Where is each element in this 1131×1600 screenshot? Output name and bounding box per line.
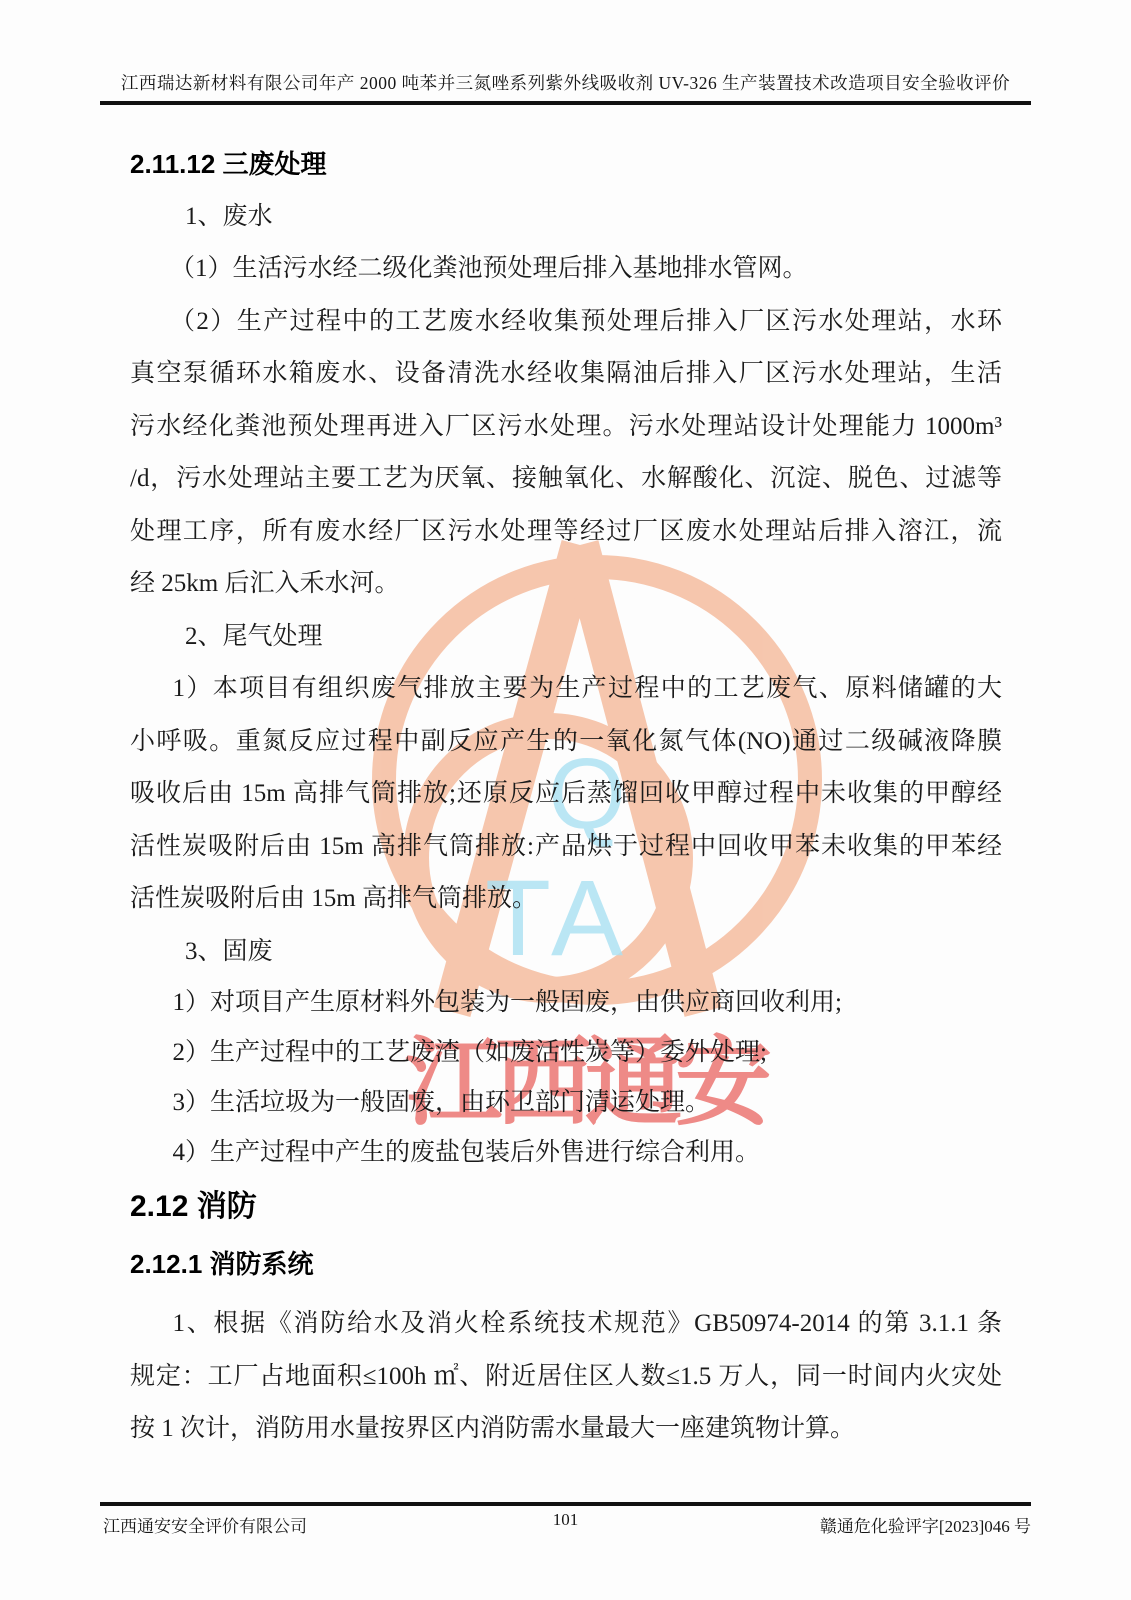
text-line: 3）生活垃圾为一般固废，由环卫部门清运处理。 [130, 1078, 1002, 1128]
text-line: 2、尾气处理 [130, 611, 1002, 664]
text-line: 按 1 次计，消防用水量按界区内消防需水量最大一座建筑物计算。 [130, 1403, 1002, 1456]
section-heading: 2.12 消防 [130, 1178, 1002, 1236]
text-line: 3、固废 [130, 926, 1002, 979]
footer-doc-number: 赣通危化验评字[2023]046 号 [820, 1512, 1031, 1537]
text-line: 2）生产过程中的工艺废渣（如废活性炭等）委外处理; [130, 1028, 1002, 1078]
text-line: （1）生活污水经二级化粪池预处理后排入基地排水管网。 [130, 243, 1002, 296]
text-line: 规定：工厂占地面积≤100h ㎡、附近居住区人数≤1.5 万人，同一时间内火灾处 [130, 1351, 1002, 1404]
text-line: 1）对项目产生原材料外包装为一般固废，由供应商回收利用; [130, 978, 1002, 1028]
text-line: 1、废水 [130, 191, 1002, 244]
text-line: 真空泵循环水箱废水、设备清洗水经收集隔油后排入厂区污水处理站，生活 [130, 348, 1002, 401]
header-title: 江西瑞达新材料有限公司年产 2000 吨苯并三氮唑系列紫外线吸收剂 UV-326… [0, 72, 1131, 94]
text-line: 活性炭吸附后由 15m 高排气筒排放。 [130, 873, 1002, 926]
section-heading: 2.11.12 三废处理 [130, 138, 1002, 191]
text-line: 活性炭吸附后由 15m 高排气筒排放:产品烘于过程中回收甲苯未收集的甲苯经 [130, 821, 1002, 874]
text-line: 4）生产过程中产生的废盐包装后外售进行综合利用。 [130, 1128, 1002, 1178]
document-body: 2.11.12 三废处理1、废水（1）生活污水经二级化粪池预处理后排入基地排水管… [130, 138, 1002, 1456]
footer-rule [100, 1502, 1031, 1506]
text-line: （2）生产过程中的工艺废水经收集预处理后排入厂区污水处理站，水环 [130, 296, 1002, 349]
section-heading: 2.12.1 消防系统 [130, 1236, 1002, 1292]
page: Q TA 江西通安 江西瑞达新材料有限公司年产 2000 吨苯并三氮唑系列紫外线… [0, 0, 1131, 1600]
text-line: 1、根据《消防给水及消火栓系统技术规范》GB50974-2014 的第 3.1.… [130, 1298, 1002, 1351]
text-line: /d，污水处理站主要工艺为厌氧、接触氧化、水解酸化、沉淀、脱色、过滤等 [130, 453, 1002, 506]
text-line: 污水经化粪池预处理再进入厂区污水处理。污水处理站设计处理能力 1000m³ [130, 401, 1002, 454]
text-line: 吸收后由 15m 高排气筒排放;还原反应后蒸馏回收甲醇过程中未收集的甲醇经 [130, 768, 1002, 821]
text-line: 1）本项目有组织废气排放主要为生产过程中的工艺废气、原料储罐的大 [130, 663, 1002, 716]
text-line: 处理工序，所有废水经厂区污水处理等经过厂区废水处理站后排入溶江，流 [130, 506, 1002, 559]
text-line: 经 25km 后汇入禾水河。 [130, 558, 1002, 611]
header-rule [100, 101, 1031, 105]
text-line: 小呼吸。重氮反应过程中副反应产生的一氧化氮气体(NO)通过二级碱液降膜 [130, 716, 1002, 769]
